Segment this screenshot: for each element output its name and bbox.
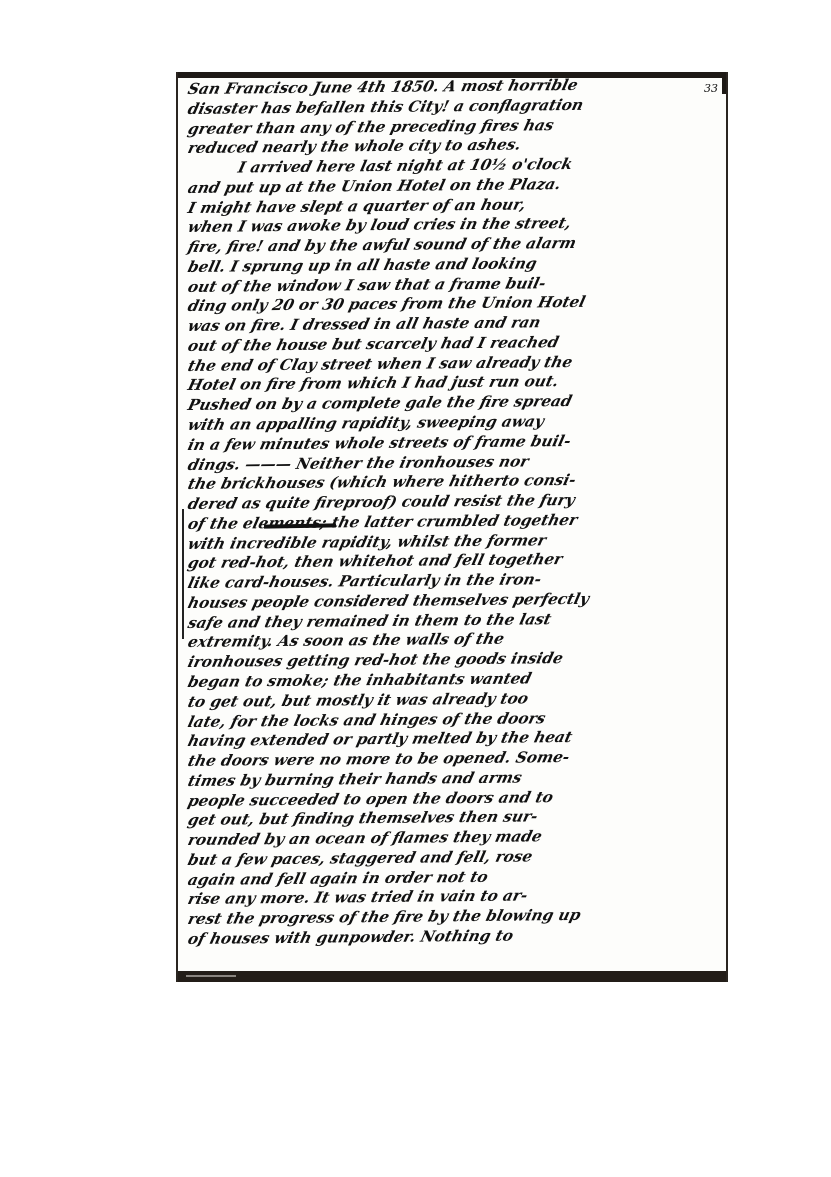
- manuscript-text: San Francisco June 4th 1850. A most horr…: [188, 80, 716, 950]
- scan-bottom-edge: [178, 971, 726, 982]
- margin-bracket-mark: [182, 509, 184, 639]
- scanned-manuscript-page: 33 San Francisco June 4th 1850. A most h…: [176, 72, 728, 982]
